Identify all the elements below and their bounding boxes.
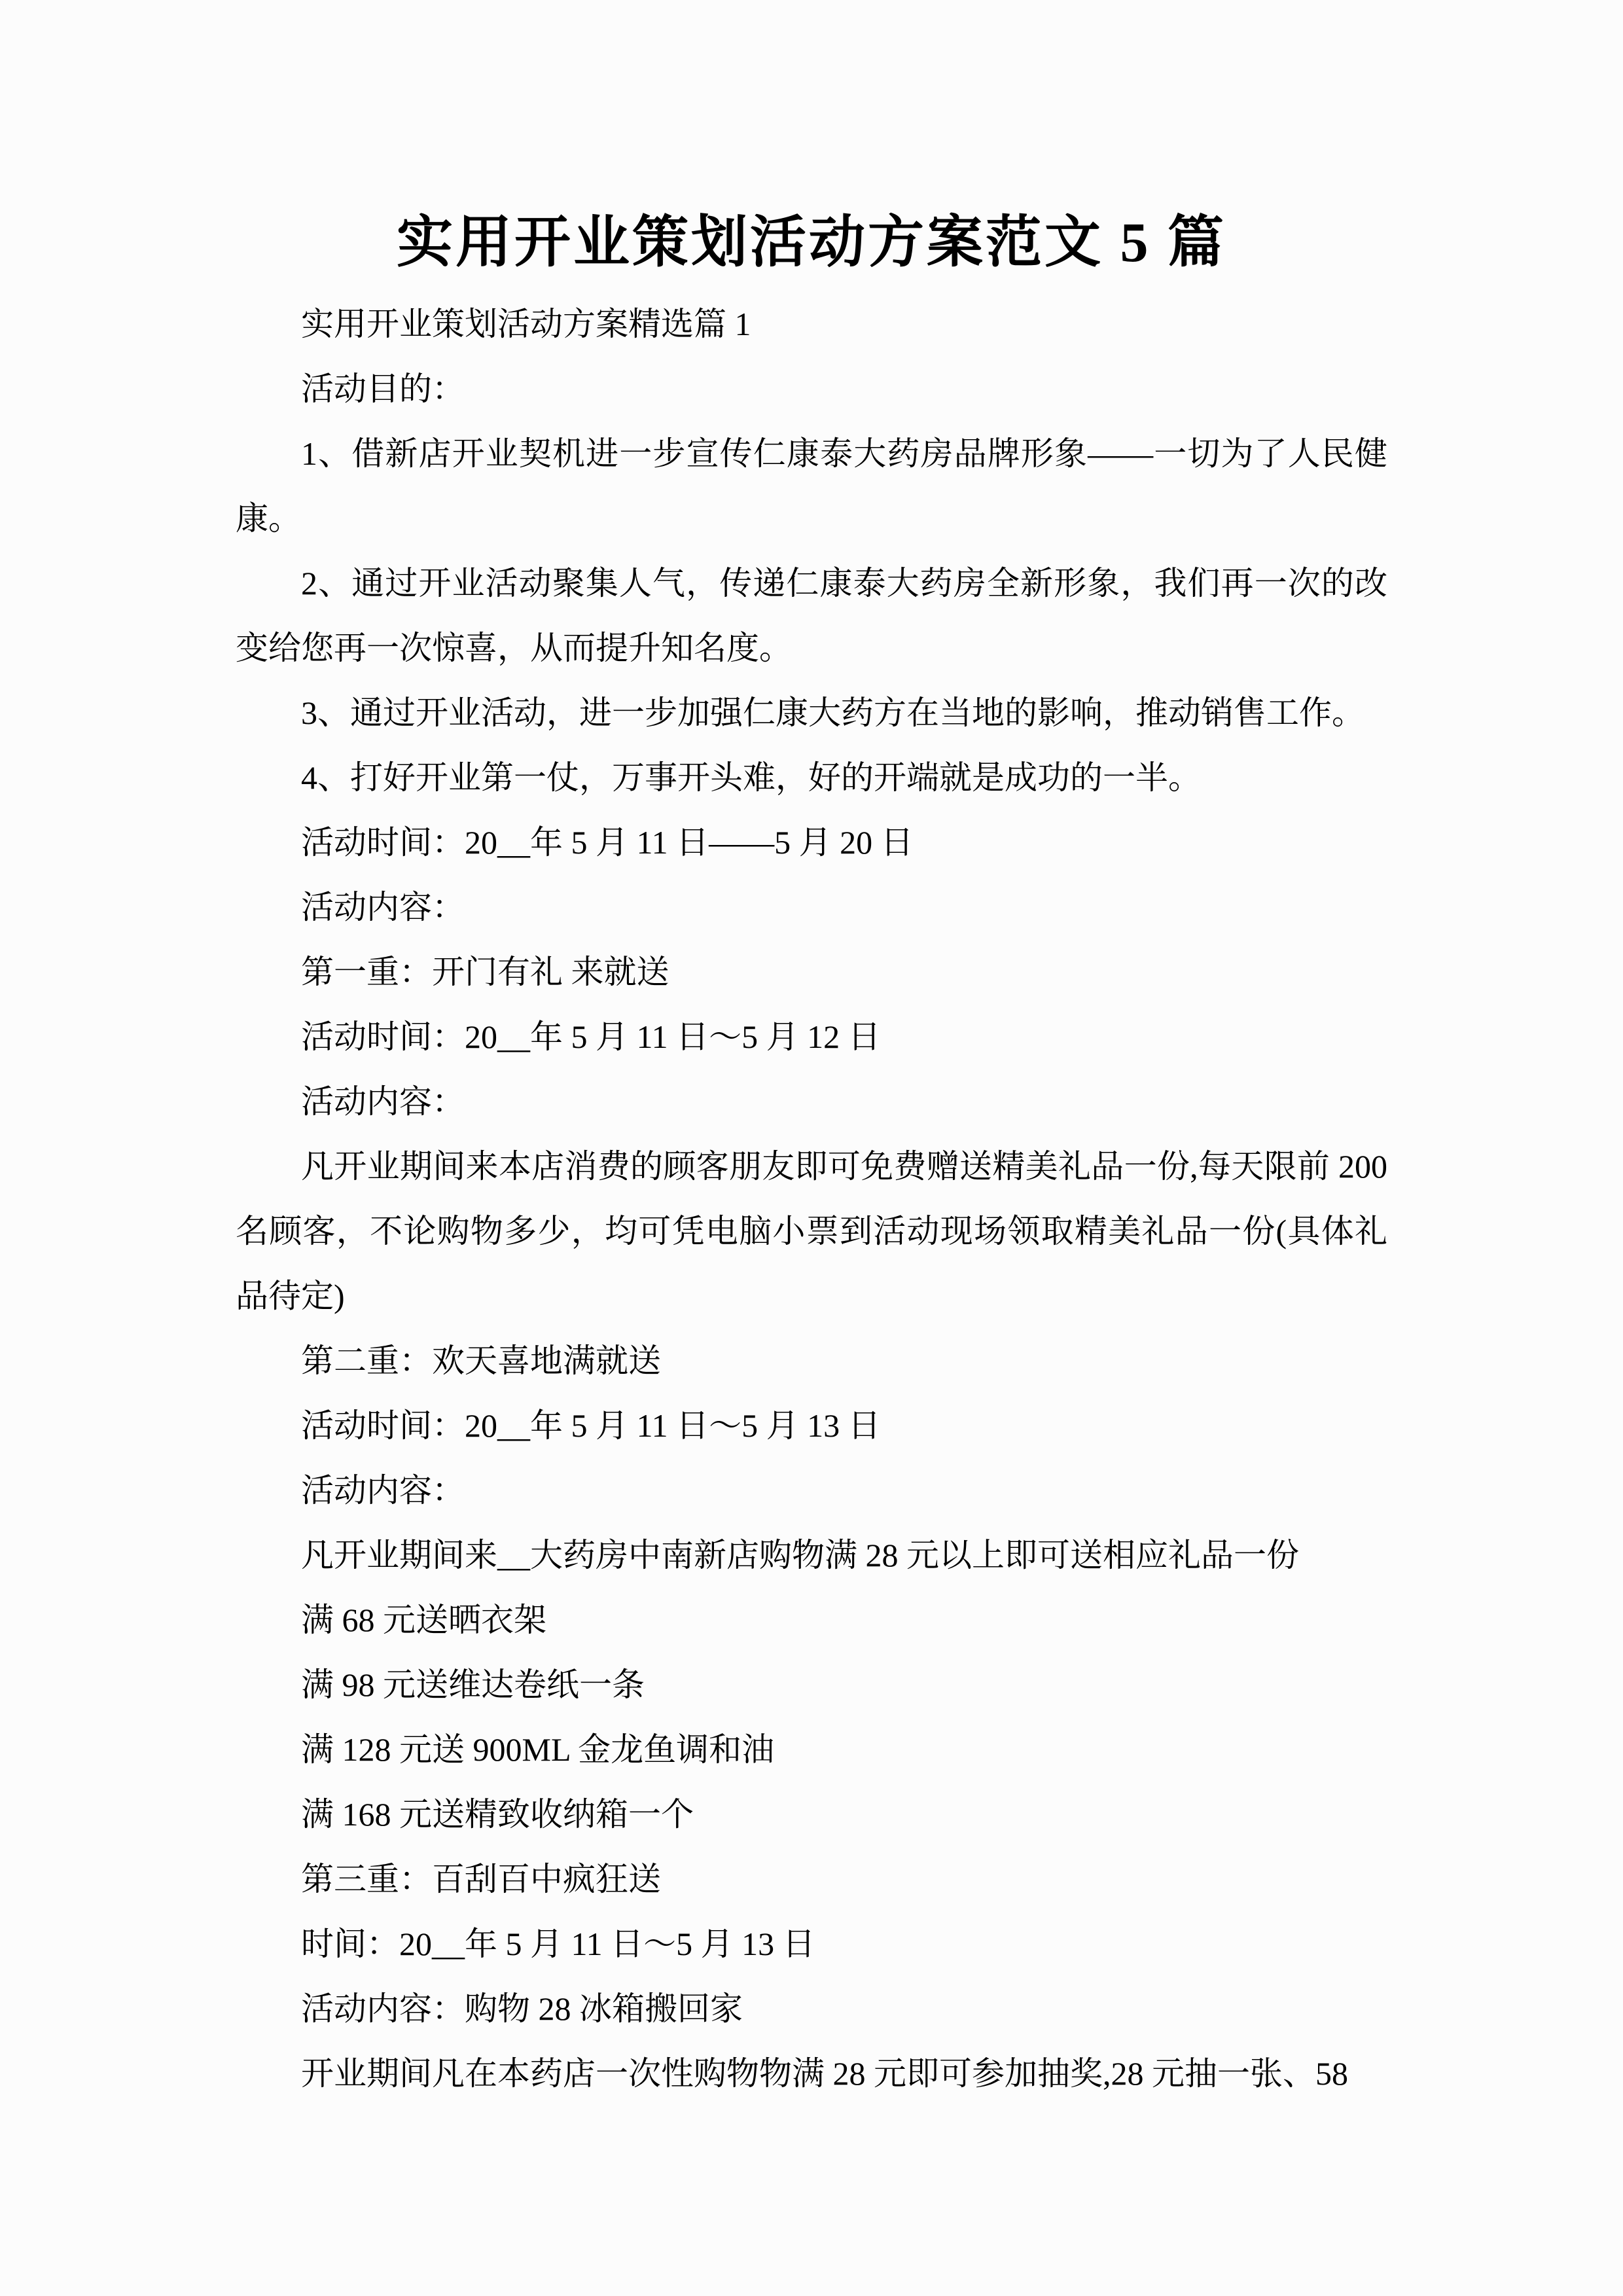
paragraph: 活动时间：20__年 5 月 11 日——5 月 20 日 [236, 810, 1387, 875]
paragraph: 第二重：欢天喜地满就送 [236, 1329, 1387, 1393]
paragraph: 活动内容：购物 28 冰箱搬回家 [236, 1977, 1387, 2041]
paragraph: 1、借新店开业契机进一步宣传仁康泰大药房品牌形象——一切为了人民健康。 [236, 422, 1387, 551]
paragraph: 3、通过开业活动，进一步加强仁康大药方在当地的影响，推动销售工作。 [236, 681, 1387, 745]
paragraph: 2、通过开业活动聚集人气，传递仁康泰大药房全新形象，我们再一次的改变给您再一次惊… [236, 551, 1387, 681]
paragraph: 第一重：开门有礼 来就送 [236, 940, 1387, 1005]
paragraph: 满 98 元送维达卷纸一条 [236, 1653, 1387, 1717]
paragraph: 开业期间凡在本药店一次性购物物满 28 元即可参加抽奖,28 元抽一张、58 [236, 2041, 1387, 2106]
paragraph: 4、打好开业第一仗，万事开头难，好的开端就是成功的一半。 [236, 745, 1387, 810]
paragraph: 活动内容： [236, 875, 1387, 940]
paragraph: 凡开业期间来__大药房中南新店购物满 28 元以上即可送相应礼品一份 [236, 1523, 1387, 1588]
paragraph: 实用开业策划活动方案精选篇 1 [236, 292, 1387, 357]
paragraph: 活动内容： [236, 1069, 1387, 1134]
paragraph: 满 168 元送精致收纳箱一个 [236, 1782, 1387, 1847]
document-body: 实用开业策划活动方案精选篇 1活动目的：1、借新店开业契机进一步宣传仁康泰大药房… [0, 292, 1623, 2106]
document-page: 实用开业策划活动方案范文 5 篇 实用开业策划活动方案精选篇 1活动目的：1、借… [0, 0, 1623, 2296]
document-title: 实用开业策划活动方案范文 5 篇 [0, 0, 1623, 274]
paragraph: 活动时间：20__年 5 月 11 日～5 月 13 日 [236, 1393, 1387, 1458]
paragraph: 凡开业期间来本店消费的顾客朋友即可免费赠送精美礼品一份,每天限前 200 名顾客… [236, 1134, 1387, 1329]
paragraph: 活动目的： [236, 357, 1387, 422]
paragraph: 时间：20__年 5 月 11 日～5 月 13 日 [236, 1912, 1387, 1977]
paragraph: 满 128 元送 900ML 金龙鱼调和油 [236, 1717, 1387, 1782]
paragraph: 活动时间：20__年 5 月 11 日～5 月 12 日 [236, 1005, 1387, 1069]
paragraph: 第三重：百刮百中疯狂送 [236, 1847, 1387, 1912]
paragraph: 活动内容： [236, 1458, 1387, 1523]
paragraph: 满 68 元送晒衣架 [236, 1588, 1387, 1653]
